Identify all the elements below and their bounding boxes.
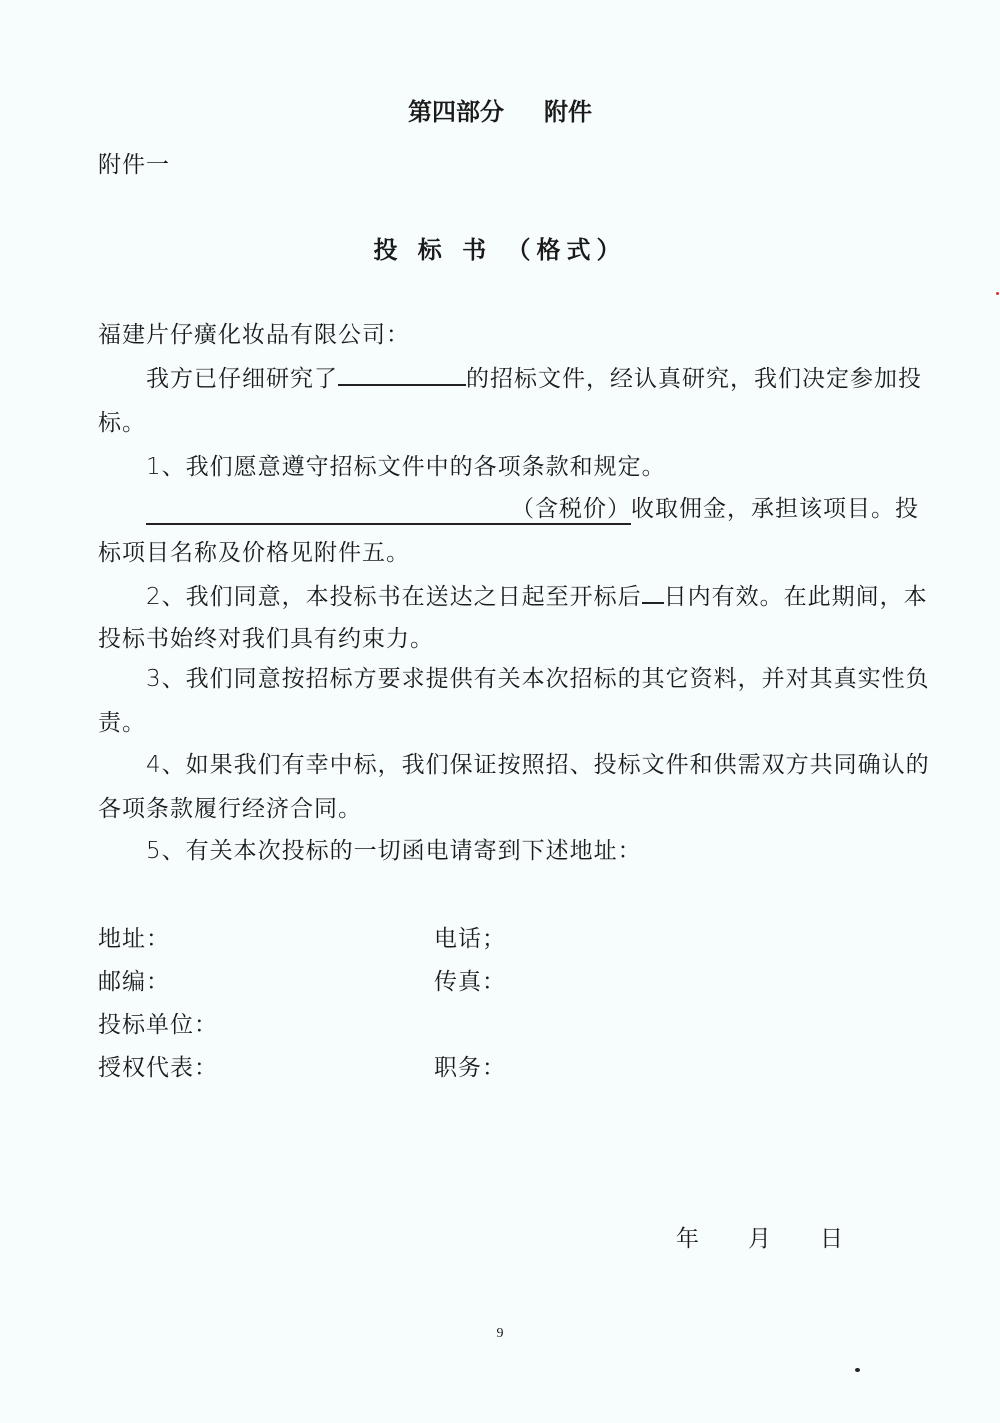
days-blank [642,580,664,604]
item-5: 5、有关本次投标的一切函电请寄到下述地址： [146,832,642,865]
date-line: 年月日 [676,1220,844,1253]
attachment-label: 附件一 [98,146,170,179]
bidder-label: 投标单位： [98,1006,218,1039]
price-blank: （含税价） [146,490,631,525]
scan-mark [996,292,999,295]
project-name-blank [338,362,466,386]
price-paragraph: （含税价）收取佣金，承担该项目。投 [146,490,919,525]
item-2-wrap: 投标书始终对我们具有约束力。 [98,620,434,653]
phone-label: 电话； [434,920,506,953]
item-1: 1、我们愿意遵守招标文件中的各项条款和规定。 [146,448,666,481]
form-title: 投 标 书 （格式） [0,230,1000,265]
date-month: 月 [748,1220,772,1253]
item-4: 4、如果我们有幸中标，我们保证按照招、投标文件和供需双方共同确认的 [146,746,930,779]
address-label: 地址： [98,920,170,953]
section-label: 附件 [544,97,592,126]
postcode-label: 邮编： [98,963,170,996]
item-3: 3、我们同意按招标方要求提供有关本次招标的其它资料，并对其真实性负 [146,660,930,693]
position-label: 职务： [434,1049,506,1082]
date-day: 日 [820,1220,844,1253]
item-3-wrap: 责。 [98,704,146,737]
item-2: 2、我们同意，本投标书在送达之日起至开标后日内有效。在此期间，本 [146,578,928,611]
price-wrap: 标项目名称及价格见附件五。 [98,534,410,567]
addressee: 福建片仔癀化妆品有限公司： [98,316,410,349]
item-4-wrap: 各项条款履行经济合同。 [98,790,362,823]
intro-paragraph: 我方已仔细研究了的招标文件，经认真研究，我们决定参加投 [146,360,922,393]
date-year: 年 [676,1220,700,1253]
page-number: 9 [0,1326,1000,1342]
section-title: 第四部分附件 [0,92,1000,127]
fax-label: 传真： [434,963,506,996]
section-part: 第四部分 [408,97,504,126]
intro-wrap: 标。 [98,404,146,437]
representative-label: 授权代表： [98,1049,218,1082]
scan-speck [855,1368,860,1372]
